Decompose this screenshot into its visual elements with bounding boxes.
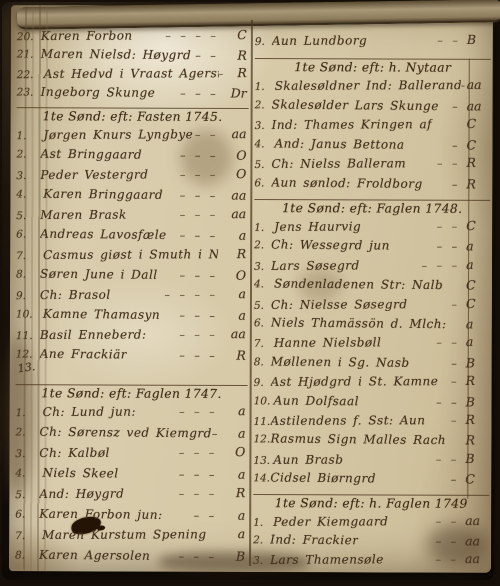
entry-name: Peder Vestergrd (40, 168, 148, 182)
register-entry-row: 7. Hanne Nielsbøll – – a (254, 334, 490, 354)
entry-number: 1. (254, 222, 271, 234)
entry-mark: C (464, 218, 490, 233)
entry-name: Ch: Nielss Balleram (271, 156, 406, 171)
register-entry-row: 9. Ast Hjødgrd i St. Kamne – R (254, 373, 490, 393)
register-entry-row: 23. Ingeborg Skunge – – – Dr (17, 83, 249, 104)
entry-mark: aa (465, 77, 491, 92)
entry-mark: aa (463, 551, 489, 566)
entry-dashes: – – (406, 157, 464, 170)
register-entry-row: 11. Astilendens f. Sst: Aun – R (253, 412, 489, 432)
entry-mark: a (222, 403, 248, 418)
entry-name: Ast Hjødgrd i St. Kamne (271, 374, 439, 389)
entry-mark: aa (222, 187, 248, 202)
register-entry-row: 12. Rasmus Sign Malles Rach R (253, 431, 489, 453)
entry-number: 2. (255, 99, 272, 111)
entry-name: Ind: Frackier (270, 533, 359, 548)
entry-name: Ch: Kalbøl (39, 446, 110, 460)
entry-name: Niels Thamässön d. Mlch: (271, 315, 447, 331)
entry-number: 9. (254, 377, 271, 389)
entry-number: 2. (16, 148, 40, 160)
entry-number: 5. (16, 210, 40, 222)
register-entry-row: 12. Ane Frackiär – – – R (16, 345, 248, 367)
section-header: 1te Sønd: eft: Faglen 1748. (254, 200, 490, 219)
entry-mark: B (464, 394, 490, 409)
register-entry-row: 3. Ind: Thames Kringen af C (255, 116, 491, 137)
entry-mark: C (464, 277, 490, 292)
register-entry-row: 3. Lars Søsegrd – – – a (254, 257, 490, 277)
register-entry-row: 5. Ch: Nielss Balleram – – R (254, 155, 490, 176)
entry-mark: R (221, 485, 247, 500)
entry-dashes: – (410, 357, 464, 371)
entry-dashes: – – – (160, 309, 222, 323)
section-header: 1te Sønd: eft: Fasten 1745. (17, 108, 249, 127)
entry-name: Andreas Lavosfæle (40, 227, 167, 242)
entry-name: Søren June i Dall (40, 267, 158, 282)
register-section: 1te Sønd: eft: Faglen 1748. 1. Jens Haur… (253, 199, 490, 490)
register-entry-row: 2. Ch: Wessegrd jun – – a (254, 237, 490, 259)
register-entry-row: 14. Cidsel Biørngrd – C (253, 469, 489, 491)
entry-number: 6. (16, 228, 40, 240)
entry-mark: a (464, 239, 490, 254)
register-entry-row: 5. Maren Brask – – – aa (16, 206, 248, 227)
register-entry-row: 1. Peder Kiemgaard – – aa (253, 513, 489, 533)
entry-mark: a (464, 257, 490, 272)
entry-dashes: – (376, 473, 464, 487)
register-entry-row: 21. Maren Nielsd: Høygrd – – R (17, 45, 249, 66)
entry-name: Peder Kiemgaard (270, 515, 388, 530)
entry-dashes: – – (381, 336, 464, 349)
entry-number: 10. (16, 308, 40, 320)
entry-mark: R (463, 412, 489, 427)
register-entry-row: 5. Ch: Nielsse Søsegrd – C (254, 295, 490, 315)
entry-mark: R (464, 373, 490, 388)
entry-mark: R (223, 47, 249, 62)
entry-name: Lars Søsegrd (271, 258, 360, 272)
entry-name: Astilendens f. Sst: Aun (270, 413, 425, 428)
entry-name: Ast Bringgaard (40, 147, 142, 162)
entry-dashes: – – (390, 240, 464, 254)
entry-dashes: – – (162, 508, 221, 522)
entry-name: Casmus giøst i Smuth i Nbolig (40, 247, 218, 262)
register-entry-row: 5. And: Høygrd – – – R (15, 485, 247, 507)
entry-dashes: – – (359, 395, 464, 409)
entry-name: Ind: Thames Kringen af (272, 117, 433, 132)
entry-mark: C (463, 471, 489, 486)
left-column-top-entries: 20. Karen Forbon – – – – C 21. Maren Nie… (17, 19, 249, 104)
entry-name: Ch: Sørensz ved Kiemgrd (39, 424, 211, 440)
entry-name: Jørgen Knurs Lyngbye (40, 127, 193, 142)
entry-mark: R (464, 155, 490, 170)
entry-name: Kamne Thamasyn (40, 307, 160, 322)
section-header: 1te Sønd: eft: Faglen 1747. (16, 385, 248, 404)
entry-number: 3. (15, 448, 39, 460)
entry-name: Hanne Nielsbøll (271, 336, 382, 350)
entry-mark: C (464, 295, 490, 310)
entry-mark: aa (463, 513, 489, 528)
register-entry-row: 1. Skalesøldner Ind: Ballerand – aa (255, 77, 491, 98)
register-entry-row: 2. Ch: Sørensz ved Kiemgrd – – a (15, 423, 247, 446)
entry-name: Skalesøldner Ind: Ballerand (272, 78, 461, 93)
entry-number: 20. (17, 31, 41, 43)
entry-name: Rasmus Sign Malles Rach (270, 432, 446, 448)
entry-number: 7. (254, 338, 271, 350)
entry-number: 6. (15, 508, 39, 520)
entry-number: 3. (254, 261, 271, 273)
entry-dashes: – – – (148, 168, 222, 181)
column-divider-line (249, 20, 252, 566)
entry-number: 2. (254, 240, 271, 252)
entry-mark: R (464, 176, 490, 191)
entry-name: Karen Agersolen (39, 547, 150, 562)
section-header: 1te Sønd: eft: h. Nytaar (255, 59, 491, 78)
entry-number: 11. (254, 416, 271, 428)
entry-dashes: – – – – (133, 29, 223, 42)
entry-number: 3. (253, 555, 270, 567)
entry-number: 2. (15, 426, 39, 438)
entry-mark: B (465, 32, 491, 47)
entry-number: 12. (253, 434, 270, 446)
entry-mark: a (221, 526, 247, 541)
entry-dashes: – – (388, 515, 463, 528)
entry-number: 2. (253, 535, 270, 547)
entry-dashes: – (423, 177, 465, 190)
register-entry-row: 10. Aun Dolfsaal – – B (254, 392, 490, 414)
register-entry-row: 6. Karen Forbon jun: – – a (15, 505, 247, 528)
entry-mark: a (464, 334, 490, 349)
entry-name: Ch: Lund jun: (40, 405, 136, 419)
register-entry-row: 3. Peder Vestergrd – – – O (16, 166, 248, 187)
entry-name: And: Høygrd (39, 487, 124, 501)
entry-mark: C (464, 137, 490, 152)
register-section: 1te Sønd: eft: Fasten 1745. 1. Jørgen Kn… (16, 107, 249, 367)
entry-name: Karen Forbon (41, 29, 133, 43)
entry-dashes: – (404, 138, 464, 152)
entry-dashes: – – (191, 49, 223, 62)
register-entry-row: 8. Søren June i Dall – – – O (16, 265, 248, 287)
entry-dashes: – – – (124, 487, 221, 500)
register-entry-row: 2. Ast Bringgaard – – – O (16, 145, 248, 167)
entry-mark: R (223, 65, 249, 80)
entry-name: Ane Frackiär (40, 347, 127, 362)
entry-mark: O (222, 147, 248, 162)
entry-dashes: – – – (110, 446, 222, 459)
entry-mark: R (222, 347, 248, 362)
entry-dashes: – – – (155, 87, 222, 101)
register-entry-row: 20. Karen Forbon – – – – C (17, 27, 249, 47)
entry-number: 23. (17, 86, 41, 98)
entry-number: 8. (254, 356, 271, 368)
entry-mark: R (463, 433, 489, 448)
entry-mark: a (221, 425, 247, 440)
register-entry-row: 4. Karen Bringgaard – – – aa (16, 185, 248, 207)
entry-number: 4. (15, 467, 39, 479)
entry-dashes: – – – (167, 229, 223, 243)
entry-name: Jens Haurvig (271, 219, 361, 233)
entry-mark: B (463, 451, 489, 466)
register-entry-row: 1. Jens Haurvig – – C (254, 218, 490, 238)
entry-mark: O (222, 267, 248, 282)
entry-number: 7. (16, 250, 40, 262)
entry-mark: aa (463, 534, 489, 549)
entry-number: 5. (254, 299, 271, 311)
register-entry-row: 9. Aun Lundborg – – B (255, 32, 491, 53)
entry-name: Karen Forbon jun: (39, 506, 162, 521)
entry-dashes: – – (361, 220, 464, 233)
register-entry-row: 10. Kamne Thamasyn – – – a (16, 305, 248, 327)
right-column-top-entries: 9. Aun Lundborg – – B (255, 22, 491, 53)
register-entry-row: 6. Andreas Lavosfæle – – – a (16, 225, 248, 247)
entry-number: 14. (253, 472, 270, 484)
entry-dashes: – – – – (111, 288, 222, 301)
entry-number: 9. (16, 290, 40, 302)
section-header: 1te Sønd: eft: h. Faglen 1749 (253, 495, 489, 514)
register-section: 1te Sønd: eft: h. Faglen 1749 1. Peder K… (253, 494, 489, 571)
entry-mark: a (464, 316, 490, 331)
entry-number: 1. (255, 81, 272, 93)
entry-dashes: – – – (158, 269, 222, 283)
entry-number: 8. (16, 268, 40, 280)
register-entry-row: 7. Casmus giøst i Smuth i Nbolig R (16, 246, 248, 267)
entry-number: 6. (254, 177, 271, 189)
register-entry-row: 8. Møllenen i Sg. Nasb – B (254, 353, 490, 375)
register-entry-row: 9. Ch: Brasol – – – – a (16, 286, 248, 307)
entry-dashes: – (425, 414, 463, 427)
register-entry-row: 11. Basil Enneberd: – – – aa (16, 326, 248, 347)
entry-dashes: – (438, 375, 463, 388)
entry-name: Ingeborg Skunge (41, 85, 156, 100)
entry-dashes: – – – (163, 189, 222, 203)
register-entry-row: 6. Aun sønlod: Froldborg – R (254, 174, 490, 196)
register-section: 1te Sønd: eft: h. Nytaar 1. Skalesøldner… (254, 58, 490, 195)
entry-dashes: – – (212, 427, 222, 440)
entry-name: Maren Brask (40, 208, 127, 222)
entry-dashes: – (461, 79, 465, 92)
register-entry-row: 7. Maren Kurstum Spening a (15, 526, 247, 548)
entry-mark: a (221, 507, 247, 522)
register-entry-row: 2. Ind: Frackier – – aa (253, 532, 489, 553)
entry-dashes: – (408, 298, 464, 311)
entry-name: Cidsel Biørngrd (270, 471, 376, 486)
entry-mark: aa (222, 326, 248, 341)
entry-number: 8. (15, 549, 39, 561)
entry-number: 10. (254, 395, 271, 407)
entry-mark: aa (222, 126, 248, 141)
entry-number: 1. (17, 130, 41, 142)
entry-mark: aa (222, 206, 248, 221)
entry-name: And: Janus Bettona (271, 136, 404, 151)
entry-dashes: – – – (127, 208, 223, 221)
entry-number: 4. (16, 188, 40, 200)
entry-mark: B (221, 548, 247, 563)
entry-name: Niels Skeel (39, 465, 118, 480)
entry-mark: a (222, 227, 248, 242)
register-entry-row: 6. Niels Thamässön d. Mlch: a (254, 314, 490, 336)
entry-dashes: – – – (127, 349, 222, 363)
entry-name: Ch: Wessegrd jun (271, 238, 390, 253)
entry-dashes: – – (358, 535, 463, 549)
entry-name: Ch: Nielsse Søsegrd (271, 297, 408, 312)
entry-name: Aun Dolfsaal (271, 393, 360, 408)
entry-dashes: – – – (146, 328, 221, 341)
entry-number: 12. (16, 348, 40, 360)
entry-name: Aun sønlod: Froldborg (271, 175, 422, 190)
entry-number: 9. (255, 36, 272, 48)
entry-dashes: – – (367, 34, 465, 47)
register-entry-row: 8. Karen Agersolen – – – B (15, 546, 247, 569)
entry-dashes: – (219, 67, 223, 80)
entry-number: 4. (254, 138, 271, 150)
entry-name: Møllenen i Sg. Nasb (271, 354, 410, 369)
stray-line-number: 13. (17, 360, 36, 375)
entry-mark: R (222, 246, 248, 261)
register-entry-row: 1. Ch: Lund jun: – – – a (16, 403, 248, 425)
left-column: 20. Karen Forbon – – – – C 21. Maren Nie… (15, 19, 249, 568)
entry-dashes: – – – (136, 405, 222, 418)
entry-mark: a (222, 286, 248, 301)
entry-number: 5. (15, 489, 39, 501)
entry-name: Skalesølder Lars Skunge (272, 97, 439, 113)
entry-mark: C (223, 27, 249, 42)
entry-mark: C (465, 116, 491, 131)
entry-mark: O (221, 444, 247, 459)
entry-number: 5. (254, 159, 271, 171)
register-entry-row: 4. Søndenladenen Str: Nalb C (254, 275, 490, 297)
entry-name: Ch: Brasol (40, 288, 111, 302)
entry-dashes: – – (384, 553, 463, 566)
entry-number: 11. (16, 330, 40, 342)
entry-number: 13. (253, 455, 270, 467)
register-section: 1te Sønd: eft: Faglen 1747. 1. Ch: Lund … (15, 384, 248, 568)
entry-mark: aa (465, 98, 491, 113)
entry-dashes: – – – (142, 149, 222, 163)
entry-name: Karen Bringgaard (40, 187, 163, 202)
entry-name: Maren Kurstum Spening (39, 527, 206, 542)
entry-name: Ast Hedvd i Vraast Agersthr (41, 66, 219, 81)
register-entry-row: 1. Jørgen Knurs Lyngbye – – aa (16, 126, 248, 147)
entry-name: Lars Thamensøle (270, 553, 384, 567)
entry-number: 4. (254, 278, 271, 290)
entry-mark: Dr (223, 85, 249, 100)
entry-dashes: – – – (360, 259, 464, 272)
entry-number: 7. (15, 530, 39, 542)
entry-mark: O (222, 166, 248, 181)
entry-mark: a (222, 307, 248, 322)
entry-name: Aun Brasb (270, 452, 343, 466)
register-entry-row: 13. Aun Brasb – – B (253, 451, 489, 471)
entry-number: 1. (16, 407, 40, 419)
entry-number: 3. (255, 120, 272, 132)
register-entry-row: 22. Ast Hedvd i Vraast Agersthr – R (17, 65, 249, 85)
entry-name: Aun Lundborg (272, 33, 367, 47)
entry-number: 6. (254, 317, 271, 329)
entry-dashes: – – (193, 128, 222, 141)
register-entry-row: 3. Ch: Kalbøl – – – O (15, 444, 247, 466)
right-column: 9. Aun Lundborg – – B 1te Sønd: eft: h. … (253, 22, 491, 571)
manuscript-page: 20. Karen Forbon – – – – C 21. Maren Nie… (9, 5, 493, 573)
entry-number: 3. (16, 170, 40, 182)
entry-dashes: – – – (119, 467, 222, 481)
register-entry-row: 4. And: Janus Bettona – C (254, 135, 490, 157)
entry-mark: B (464, 355, 490, 370)
entry-number: 21. (17, 48, 41, 60)
entry-dashes: – (439, 100, 465, 113)
entry-dashes: – – (343, 453, 463, 467)
register-entry-row: 4. Niels Skeel – – – a (15, 464, 247, 487)
entry-name: Maren Nielsd: Høygrd (41, 47, 192, 62)
entry-number: 22. (17, 69, 41, 81)
register-entry-row: 2. Skalesølder Lars Skunge – aa (255, 96, 491, 118)
entry-name: Søndenladenen Str: Nalb (271, 277, 443, 293)
entry-dashes: – – – (150, 549, 221, 563)
register-entry-row: 3. Lars Thamensøle – – aa (253, 551, 489, 571)
entry-name: Basil Enneberd: (40, 328, 147, 342)
entry-number: 1. (253, 517, 270, 529)
entry-mark: a (221, 466, 247, 481)
